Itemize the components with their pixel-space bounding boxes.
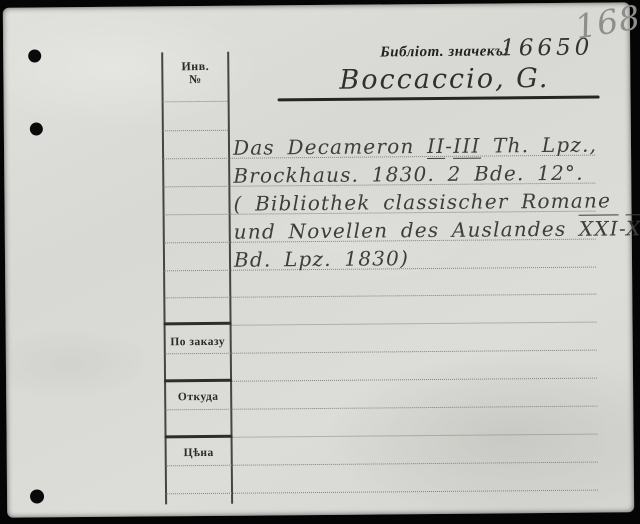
section-label-po-zakazu: По заказу [164, 336, 232, 349]
ruled-line [163, 101, 228, 103]
entry-line: Brockhaus. 1830. 2 Bde. 12°. [233, 161, 584, 188]
punch-hole [28, 49, 41, 62]
entry-line: Das Decameron II-III Th. Lpz., [233, 133, 597, 160]
section-separator [164, 322, 232, 326]
entry-line: Bd. Lpz. 1830) [234, 246, 409, 272]
author-name: Boccaccio, G. [339, 63, 549, 96]
punch-hole [30, 122, 43, 135]
inventory-label-line2: № [189, 72, 202, 86]
section-separator [165, 435, 233, 439]
section-label-tsena: Цѣна [165, 447, 233, 460]
entry-line: und Novellen des Auslandes XXI-XXII [234, 216, 640, 244]
section-label-otkuda: Откуда [164, 391, 232, 404]
library-stamp-label: Библіот. значекъ: [380, 43, 509, 61]
ruled-line [163, 130, 228, 132]
ruled-line [232, 378, 597, 382]
ruled-line [233, 434, 598, 438]
entry-line: ( Bibliothek classischer Romane [233, 188, 611, 215]
punch-hole [30, 489, 44, 503]
section-separator [164, 379, 232, 383]
inventory-number-label: Инв. № [161, 60, 229, 87]
author-underline [278, 96, 600, 102]
catalog-card: Инв. № По заказу Откуда Цѣна Библіот. зн… [3, 2, 634, 517]
ruled-line [232, 322, 597, 326]
inventory-label-line1: Инв. [181, 59, 209, 73]
folio-number: 168 [572, 0, 640, 47]
